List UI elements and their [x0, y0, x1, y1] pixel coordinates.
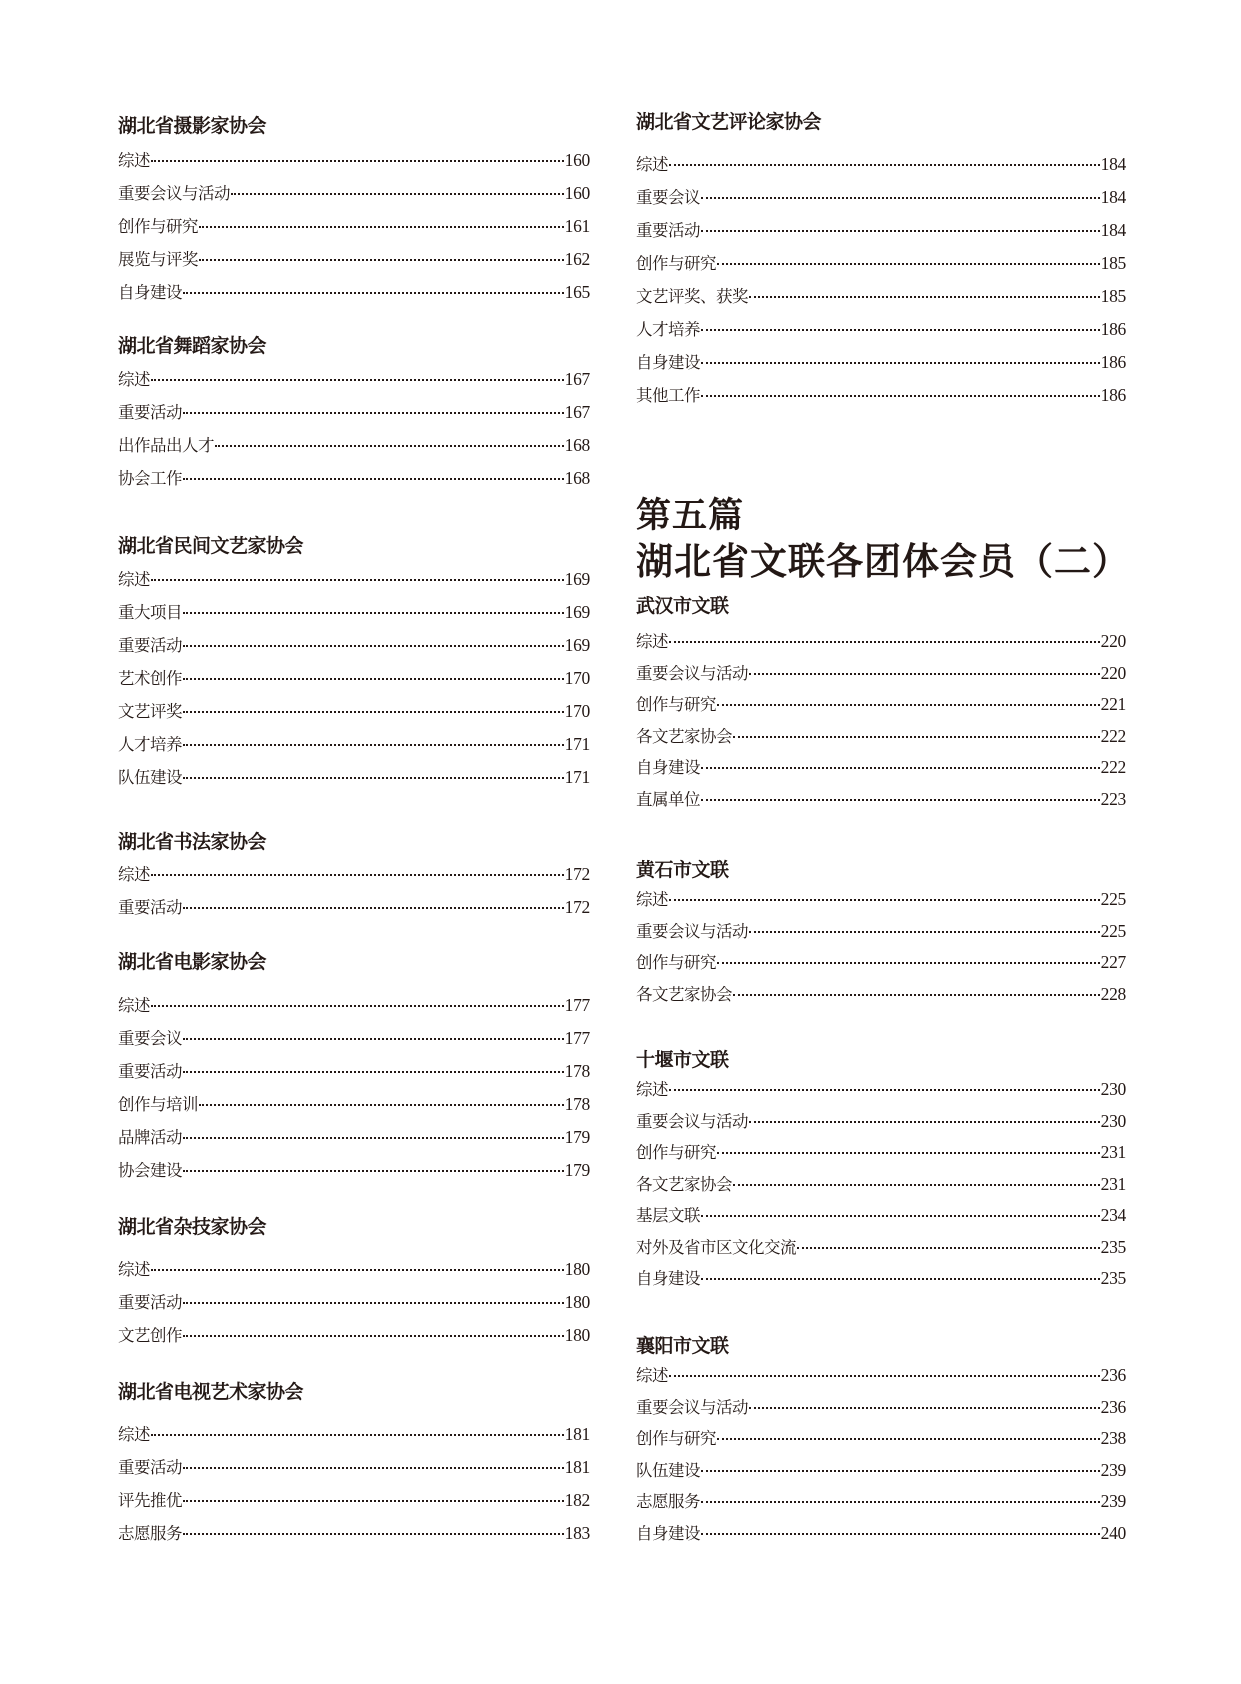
- entry-label: 综述: [636, 884, 668, 916]
- entry-label: 重要会议与活动: [636, 658, 748, 690]
- dot-leader: [183, 1071, 564, 1073]
- entry-label: 文艺创作: [118, 1319, 182, 1352]
- toc-entry[interactable]: 出作品出人才168: [118, 429, 590, 462]
- toc-entry[interactable]: 自身建设240: [636, 1518, 1126, 1550]
- section-title: 湖北省文艺评论家协会: [636, 110, 1126, 134]
- toc-section: 十堰市文联 综述230 重要会议与活动230 创作与研究231 各文艺家协会23…: [636, 1048, 1126, 1295]
- entry-label: 重要活动: [636, 214, 700, 247]
- dot-leader: [701, 1501, 1100, 1503]
- page-number: 220: [1101, 658, 1126, 690]
- toc-section: 湖北省民间文艺家协会 综述169 重大项目169 重要活动169 艺术创作170…: [118, 534, 590, 794]
- entry-label: 展览与评奖: [118, 243, 198, 276]
- toc-section: 湖北省书法家协会 综述172 重要活动172: [118, 830, 590, 924]
- dot-leader: [151, 160, 564, 162]
- toc-entry[interactable]: 重大项目169: [118, 596, 590, 629]
- page-number: 225: [1101, 916, 1126, 948]
- section-title: 武汉市文联: [636, 594, 1126, 618]
- page-number: 231: [1101, 1137, 1126, 1169]
- page-number: 180: [565, 1319, 590, 1352]
- entry-label: 艺术创作: [118, 662, 182, 695]
- entry-label: 综述: [118, 363, 150, 396]
- page-number: 223: [1101, 784, 1126, 816]
- page-number: 182: [565, 1484, 590, 1517]
- page-number: 184: [1101, 214, 1126, 247]
- dot-leader: [183, 1038, 564, 1040]
- toc-entry[interactable]: 基层文联234: [636, 1200, 1126, 1232]
- section-title: 湖北省摄影家协会: [118, 114, 590, 138]
- dot-leader: [701, 1470, 1100, 1472]
- toc-entry[interactable]: 重要活动181: [118, 1451, 590, 1484]
- section-title: 湖北省民间文艺家协会: [118, 534, 590, 558]
- page-number: 184: [1101, 181, 1126, 214]
- toc-entry[interactable]: 志愿服务239: [636, 1486, 1126, 1518]
- entry-label: 文艺评奖: [118, 695, 182, 728]
- toc-entry[interactable]: 综述172: [118, 858, 590, 891]
- dot-leader: [151, 874, 564, 876]
- dot-leader: [183, 711, 564, 713]
- page-number: 170: [565, 662, 590, 695]
- dot-leader: [183, 1467, 564, 1469]
- toc-entry[interactable]: 重要活动172: [118, 891, 590, 924]
- entry-label: 重要活动: [118, 1451, 182, 1484]
- toc-section: 湖北省电影家协会 综述177 重要会议177 重要活动178 创作与培训178 …: [118, 950, 590, 1187]
- toc-entry[interactable]: 协会工作168: [118, 462, 590, 495]
- dot-leader: [151, 1434, 564, 1436]
- entry-label: 综述: [118, 144, 150, 177]
- entry-label: 评先推优: [118, 1484, 182, 1517]
- entry-label: 协会建设: [118, 1154, 182, 1187]
- entry-label: 综述: [118, 989, 150, 1022]
- dot-leader: [183, 1533, 564, 1535]
- toc-section: 湖北省舞蹈家协会 综述167 重要活动167 出作品出人才168 协会工作168: [118, 334, 590, 495]
- page-number: 177: [565, 989, 590, 1022]
- dot-leader: [669, 1089, 1100, 1091]
- dot-leader: [733, 994, 1100, 996]
- dot-leader: [749, 673, 1100, 675]
- part-heading: 第五篇 湖北省文联各团体会员（二）: [636, 494, 1126, 586]
- entry-label: 自身建设: [636, 1263, 700, 1295]
- entry-label: 志愿服务: [636, 1486, 700, 1518]
- toc-entry[interactable]: 创作与研究185: [636, 247, 1126, 280]
- dot-leader: [183, 292, 564, 294]
- toc-section: 武汉市文联 综述220 重要会议与活动220 创作与研究221 各文艺家协会22…: [636, 594, 1126, 815]
- entry-label: 综述: [118, 1418, 150, 1451]
- entry-label: 直属单位: [636, 784, 700, 816]
- toc-entry[interactable]: 自身建设235: [636, 1263, 1126, 1295]
- dot-leader: [749, 1121, 1100, 1123]
- entry-label: 协会工作: [118, 462, 182, 495]
- entry-label: 自身建设: [118, 276, 182, 309]
- toc-entry[interactable]: 文艺评奖170: [118, 695, 590, 728]
- page-number: 222: [1101, 752, 1126, 784]
- toc-entry[interactable]: 自身建设222: [636, 752, 1126, 784]
- dot-leader: [151, 379, 564, 381]
- dot-leader: [215, 445, 564, 447]
- dot-leader: [151, 1005, 564, 1007]
- toc-entry[interactable]: 综述236: [636, 1360, 1126, 1392]
- toc-entry[interactable]: 文艺评奖、获奖185: [636, 280, 1126, 313]
- page-number: 165: [565, 276, 590, 309]
- entry-label: 创作与培训: [118, 1088, 198, 1121]
- page-number: 160: [565, 144, 590, 177]
- page-number: 236: [1101, 1392, 1126, 1424]
- page-number: 239: [1101, 1455, 1126, 1487]
- page-number: 183: [565, 1517, 590, 1550]
- section-title: 襄阳市文联: [636, 1334, 1126, 1358]
- entry-label: 综述: [118, 563, 150, 596]
- toc-entry[interactable]: 自身建设186: [636, 346, 1126, 379]
- toc-entry[interactable]: 重要会议177: [118, 1022, 590, 1055]
- toc-entry[interactable]: 队伍建设239: [636, 1455, 1126, 1487]
- dot-leader: [717, 1152, 1100, 1154]
- entry-label: 创作与研究: [636, 247, 716, 280]
- entry-label: 综述: [636, 148, 668, 181]
- page-number: 162: [565, 243, 590, 276]
- entry-label: 重要会议与活动: [636, 1106, 748, 1138]
- page-number: 235: [1101, 1232, 1126, 1264]
- dot-leader: [701, 230, 1100, 232]
- dot-leader: [183, 1500, 564, 1502]
- section-title: 湖北省舞蹈家协会: [118, 334, 590, 358]
- toc-entry[interactable]: 创作与研究161: [118, 210, 590, 243]
- page-number: 181: [565, 1418, 590, 1451]
- dot-leader: [669, 641, 1100, 643]
- entry-label: 创作与研究: [636, 689, 716, 721]
- entry-label: 重要活动: [118, 1286, 182, 1319]
- dot-leader: [701, 799, 1100, 801]
- dot-leader: [199, 1104, 564, 1106]
- dot-leader: [701, 1215, 1100, 1217]
- page-number: 180: [565, 1253, 590, 1286]
- toc-section: 湖北省文艺评论家协会 综述184 重要会议184 重要活动184 创作与研究18…: [636, 110, 1126, 412]
- dot-leader: [701, 1533, 1100, 1535]
- section-title: 黄石市文联: [636, 858, 1126, 882]
- section-title: 湖北省电视艺术家协会: [118, 1380, 590, 1404]
- dot-leader: [183, 1302, 564, 1304]
- dot-leader: [701, 197, 1100, 199]
- toc-entry[interactable]: 重要会议与活动236: [636, 1392, 1126, 1424]
- entry-label: 重要活动: [118, 396, 182, 429]
- dot-leader: [183, 1170, 564, 1172]
- dot-leader: [183, 645, 564, 647]
- page-number: 222: [1101, 721, 1126, 753]
- dot-leader: [199, 259, 564, 261]
- page-number: 235: [1101, 1263, 1126, 1295]
- toc-entry[interactable]: 文艺创作180: [118, 1319, 590, 1352]
- entry-label: 重要会议与活动: [636, 916, 748, 948]
- dot-leader: [717, 704, 1100, 706]
- entry-label: 综述: [118, 858, 150, 891]
- entry-label: 创作与研究: [636, 947, 716, 979]
- toc-entry[interactable]: 创作与研究231: [636, 1137, 1126, 1169]
- page-number: 179: [565, 1121, 590, 1154]
- page-number: 186: [1101, 379, 1126, 412]
- toc-entry[interactable]: 品牌活动179: [118, 1121, 590, 1154]
- entry-label: 自身建设: [636, 752, 700, 784]
- toc-entry[interactable]: 重要会议184: [636, 181, 1126, 214]
- page-number: 234: [1101, 1200, 1126, 1232]
- toc-section: 湖北省摄影家协会 综述160 重要会议与活动160 创作与研究161 展览与评奖…: [118, 114, 590, 309]
- page-number: 161: [565, 210, 590, 243]
- page-number: 168: [565, 429, 590, 462]
- entry-label: 品牌活动: [118, 1121, 182, 1154]
- toc-entry[interactable]: 重要会议与活动230: [636, 1106, 1126, 1138]
- page-number: 231: [1101, 1169, 1126, 1201]
- dot-leader: [231, 193, 564, 195]
- dot-leader: [151, 579, 564, 581]
- page-number: 228: [1101, 979, 1126, 1011]
- toc-entry[interactable]: 创作与培训178: [118, 1088, 590, 1121]
- dot-leader: [717, 962, 1100, 964]
- dot-leader: [183, 907, 564, 909]
- page-number: 230: [1101, 1106, 1126, 1138]
- dot-leader: [183, 744, 564, 746]
- page-number: 180: [565, 1286, 590, 1319]
- page-number: 160: [565, 177, 590, 210]
- toc-section: 湖北省杂技家协会 综述180 重要活动180 文艺创作180: [118, 1215, 590, 1352]
- dot-leader: [701, 767, 1100, 769]
- entry-label: 各文艺家协会: [636, 1169, 732, 1201]
- dot-leader: [701, 362, 1100, 364]
- entry-label: 自身建设: [636, 1518, 700, 1550]
- dot-leader: [749, 296, 1100, 298]
- toc-entry[interactable]: 人才培养186: [636, 313, 1126, 346]
- page-number: 184: [1101, 148, 1126, 181]
- page-number: 225: [1101, 884, 1126, 916]
- toc-entry[interactable]: 综述180: [118, 1253, 590, 1286]
- page-number: 171: [565, 728, 590, 761]
- dot-leader: [717, 1438, 1100, 1440]
- entry-label: 重要活动: [118, 1055, 182, 1088]
- entry-label: 其他工作: [636, 379, 700, 412]
- page-number: 178: [565, 1088, 590, 1121]
- page-number: 169: [565, 629, 590, 662]
- dot-leader: [669, 164, 1100, 166]
- page-number: 185: [1101, 280, 1126, 313]
- entry-label: 综述: [636, 626, 668, 658]
- toc-entry[interactable]: 综述160: [118, 144, 590, 177]
- entry-label: 重要会议与活动: [636, 1392, 748, 1424]
- toc-entry[interactable]: 重要会议与活动160: [118, 177, 590, 210]
- toc-entry[interactable]: 综述230: [636, 1074, 1126, 1106]
- part-number: 第五篇: [636, 494, 1126, 538]
- toc-entry[interactable]: 各文艺家协会231: [636, 1169, 1126, 1201]
- entry-label: 队伍建设: [118, 761, 182, 794]
- dot-leader: [183, 478, 564, 480]
- page-number: 186: [1101, 346, 1126, 379]
- page-number: 168: [565, 462, 590, 495]
- part-title: 湖北省文联各团体会员（二）: [636, 538, 1126, 586]
- dot-leader: [749, 1407, 1100, 1409]
- dot-leader: [749, 931, 1100, 933]
- entry-label: 对外及省市区文化交流: [636, 1232, 796, 1264]
- dot-leader: [717, 263, 1100, 265]
- entry-label: 各文艺家协会: [636, 721, 732, 753]
- dot-leader: [183, 678, 564, 680]
- entry-label: 志愿服务: [118, 1517, 182, 1550]
- entry-label: 基层文联: [636, 1200, 700, 1232]
- entry-label: 重要活动: [118, 629, 182, 662]
- entry-label: 人才培养: [636, 313, 700, 346]
- toc-section: 湖北省电视艺术家协会 综述181 重要活动181 评先推优182 志愿服务183: [118, 1380, 590, 1550]
- section-title: 湖北省书法家协会: [118, 830, 590, 854]
- dot-leader: [183, 777, 564, 779]
- toc-entry[interactable]: 自身建设165: [118, 276, 590, 309]
- dot-leader: [151, 1269, 564, 1271]
- toc-entry[interactable]: 综述181: [118, 1418, 590, 1451]
- entry-label: 人才培养: [118, 728, 182, 761]
- toc-entry[interactable]: 重要会议与活动225: [636, 916, 1126, 948]
- page-number: 181: [565, 1451, 590, 1484]
- page-number: 172: [565, 891, 590, 924]
- toc-entry[interactable]: 人才培养171: [118, 728, 590, 761]
- page-number: 236: [1101, 1360, 1126, 1392]
- toc-entry[interactable]: 展览与评奖162: [118, 243, 590, 276]
- page-number: 178: [565, 1055, 590, 1088]
- toc-entry[interactable]: 对外及省市区文化交流235: [636, 1232, 1126, 1264]
- entry-label: 各文艺家协会: [636, 979, 732, 1011]
- toc-entry[interactable]: 综述167: [118, 363, 590, 396]
- page-number: 221: [1101, 689, 1126, 721]
- page-number: 177: [565, 1022, 590, 1055]
- entry-label: 文艺评奖、获奖: [636, 280, 748, 313]
- page-number: 240: [1101, 1518, 1126, 1550]
- page-number: 167: [565, 363, 590, 396]
- toc-entry[interactable]: 协会建设179: [118, 1154, 590, 1187]
- toc-entry[interactable]: 综述177: [118, 989, 590, 1022]
- dot-leader: [733, 1184, 1100, 1186]
- page-number: 170: [565, 695, 590, 728]
- toc-entry[interactable]: 艺术创作170: [118, 662, 590, 695]
- entry-label: 创作与研究: [636, 1137, 716, 1169]
- dot-leader: [733, 736, 1100, 738]
- toc-entry[interactable]: 直属单位223: [636, 784, 1126, 816]
- entry-label: 创作与研究: [636, 1423, 716, 1455]
- toc-entry[interactable]: 创作与研究221: [636, 689, 1126, 721]
- section-title: 湖北省电影家协会: [118, 950, 590, 974]
- toc-entry[interactable]: 重要活动184: [636, 214, 1126, 247]
- entry-label: 自身建设: [636, 346, 700, 379]
- toc-entry[interactable]: 重要活动180: [118, 1286, 590, 1319]
- entry-label: 综述: [636, 1074, 668, 1106]
- toc-entry[interactable]: 重要会议与活动220: [636, 658, 1126, 690]
- entry-label: 重要会议与活动: [118, 177, 230, 210]
- dot-leader: [669, 1375, 1100, 1377]
- toc-entry[interactable]: 各文艺家协会228: [636, 979, 1126, 1011]
- toc-entry[interactable]: 综述169: [118, 563, 590, 596]
- entry-label: 综述: [118, 1253, 150, 1286]
- page-number: 169: [565, 596, 590, 629]
- dot-leader: [701, 329, 1100, 331]
- entry-label: 出作品出人才: [118, 429, 214, 462]
- page-number: 238: [1101, 1423, 1126, 1455]
- toc-entry[interactable]: 综述225: [636, 884, 1126, 916]
- toc-entry[interactable]: 重要活动178: [118, 1055, 590, 1088]
- toc-entry[interactable]: 创作与研究227: [636, 947, 1126, 979]
- page-number: 185: [1101, 247, 1126, 280]
- page-number: 186: [1101, 313, 1126, 346]
- dot-leader: [797, 1247, 1100, 1249]
- entry-label: 重要活动: [118, 891, 182, 924]
- page-number: 171: [565, 761, 590, 794]
- toc-entry[interactable]: 各文艺家协会222: [636, 721, 1126, 753]
- dot-leader: [183, 412, 564, 414]
- toc-entry[interactable]: 队伍建设171: [118, 761, 590, 794]
- page-number: 167: [565, 396, 590, 429]
- toc-entry[interactable]: 评先推优182: [118, 1484, 590, 1517]
- dot-leader: [701, 395, 1100, 397]
- entry-label: 重要会议: [118, 1022, 182, 1055]
- toc-entry[interactable]: 其他工作186: [636, 379, 1126, 412]
- toc-entry[interactable]: 重要活动167: [118, 396, 590, 429]
- page-number: 179: [565, 1154, 590, 1187]
- entry-label: 队伍建设: [636, 1455, 700, 1487]
- dot-leader: [669, 899, 1100, 901]
- toc-entry[interactable]: 创作与研究238: [636, 1423, 1126, 1455]
- entry-label: 综述: [636, 1360, 668, 1392]
- toc-section: 黄石市文联 综述225 重要会议与活动225 创作与研究227 各文艺家协会22…: [636, 858, 1126, 1010]
- page-number: 220: [1101, 626, 1126, 658]
- toc-entry[interactable]: 志愿服务183: [118, 1517, 590, 1550]
- entry-label: 重要会议: [636, 181, 700, 214]
- page-number: 172: [565, 858, 590, 891]
- toc-entry[interactable]: 综述184: [636, 148, 1126, 181]
- page-number: 169: [565, 563, 590, 596]
- page-number: 227: [1101, 947, 1126, 979]
- entry-label: 创作与研究: [118, 210, 198, 243]
- dot-leader: [701, 1278, 1100, 1280]
- dot-leader: [199, 226, 564, 228]
- entry-label: 重大项目: [118, 596, 182, 629]
- toc-entry[interactable]: 重要活动169: [118, 629, 590, 662]
- page-number: 230: [1101, 1074, 1126, 1106]
- dot-leader: [183, 1335, 564, 1337]
- dot-leader: [183, 612, 564, 614]
- toc-entry[interactable]: 综述220: [636, 626, 1126, 658]
- section-title: 十堰市文联: [636, 1048, 1126, 1072]
- dot-leader: [183, 1137, 564, 1139]
- section-title: 湖北省杂技家协会: [118, 1215, 590, 1239]
- toc-section: 襄阳市文联 综述236 重要会议与活动236 创作与研究238 队伍建设239 …: [636, 1334, 1126, 1549]
- page-number: 239: [1101, 1486, 1126, 1518]
